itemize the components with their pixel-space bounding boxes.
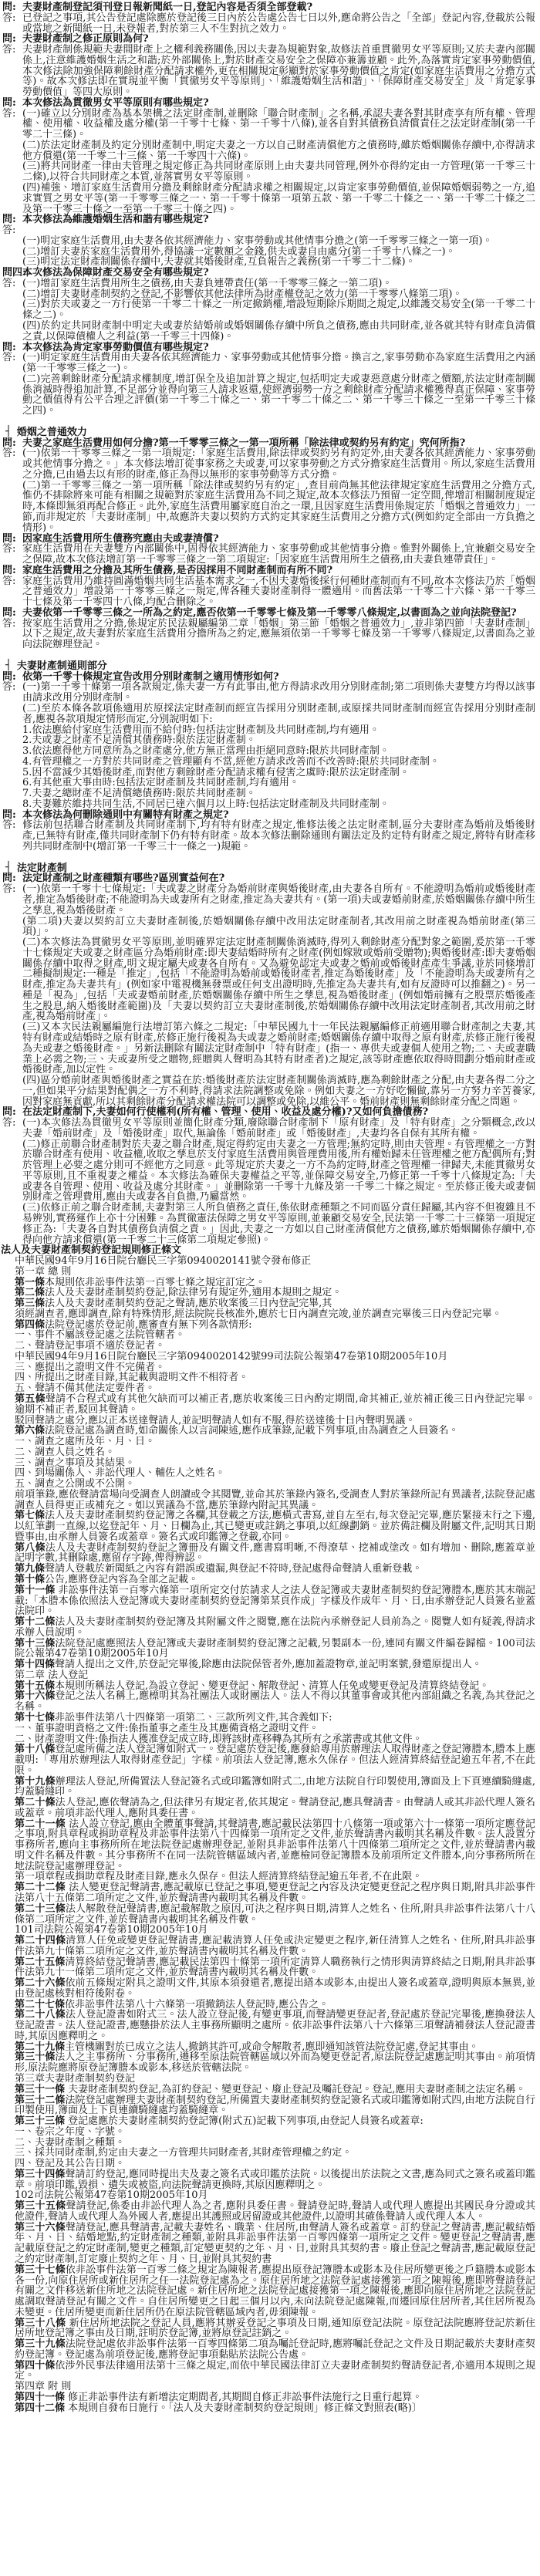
regulation-text: 二、調查人員之姓名。 <box>15 1447 115 1458</box>
answer-paragraph: (二)於法定財產制及約定分別財產制中,明定夫妻之一方以自己財產清償他方之債務時,… <box>22 140 535 162</box>
section-title: 夫妻財產制通則部分 <box>17 660 107 672</box>
question-label: 問: <box>2 98 16 109</box>
regulation-text: 第一章 總 則 <box>15 1266 71 1278</box>
regulation-text: 法人及夫妻財產制契約登記之簿冊及有關文件,應書寫明晰,不得潦草、挖補或塗改。如有… <box>15 1542 535 1565</box>
question-text: 家庭生活費用之分擔及其所生債務,是否因採用不同財產制而有所不同? <box>22 565 332 576</box>
regulation-paragraph: 五、聲請不備其他法定要件者。 <box>15 1383 535 1394</box>
regulation-paragraph: 第十一條 非訟事件法第一百零六條第一項所定交付於請求人之法人登記簿或夫妻財產制契… <box>15 1585 535 1617</box>
question-block: 問:夫妻依第一千零零三條之一所為之約定,應否依第一千零零七條及第一千零零八條規定… <box>0 608 535 619</box>
regulation-text: 非訟事件法第八十四條第一項第二、三款所列文件,其含義如下: <box>55 1712 332 1724</box>
answer-block: 答:(一)增訂家庭生活費用所生之債務,由夫妻負連帶責任(第一千零零三條之一第二項… <box>0 279 535 343</box>
regulation-text: 四、登記及其公告日期。 <box>15 2158 125 2169</box>
question-label: 問: <box>2 438 16 449</box>
regulation-text: 清算人任免或變更登記聲請書,應記載清算人任免或決定變更之程序,新任清算人之姓名、… <box>15 1935 535 1957</box>
regulation-text: 依非訟事件法第一百零二條之規定為陳報者,應提出原登記簿謄本或影本及住居所變更後之… <box>15 2264 535 2318</box>
question-label: 問: <box>2 608 16 619</box>
answer-label: 答: <box>2 884 15 895</box>
answer-paragraph: 7.夫妻之總財產不足清償總債務時:限於共同財產制。 <box>22 788 535 799</box>
article-number: 第三十七條 <box>15 2264 66 2276</box>
answer-label: 答: <box>2 13 15 24</box>
article-number: 第二十三條 <box>15 1903 66 1915</box>
article-number: 第三十九條 <box>15 2338 66 2350</box>
regulation-paragraph: 第四章 附 則 <box>15 2382 535 2392</box>
answer-paragraph: 按家庭生活費用之分擔,係規定於民法親屬編第二章「婚姻」第三節「婚姻之普通效力」,… <box>22 619 535 650</box>
question-label: 問: <box>2 873 16 884</box>
answer-paragraph: (四)區分婚前財產與婚後財產之實益在於:婚後財產於法定財產制關係消滅時,應為剩餘… <box>22 1075 535 1107</box>
answer-label: 答: <box>2 820 15 831</box>
answer-paragraph: 4.有管理權之一方對於共同財產之管理顯有不當,經他方請求改善而不改善時:限於共同… <box>22 757 535 768</box>
section-header: ┤夫妻財產制通則部分 <box>5 661 535 672</box>
regulation-paragraph: 第一章 總 則 <box>15 1267 535 1278</box>
regulation-text: 聲請登記,應具聲請書,記載夫妻姓名、職業、住居所,由聲請人簽名或蓋章。訂約登記之… <box>15 2222 535 2265</box>
regulation-paragraph: 第二十五條清算終結登記聲請書,應記載民法第四十條第一項所定清算人職務執行之情形與… <box>15 1957 535 1979</box>
answer-paragraph: (一)明定家庭生活費用由夫妻各依其經濟能力、家事勞動或其他情事分擔。換言之,家事… <box>22 353 535 374</box>
regulation-paragraph: 第七條法人及夫妻財產制契約登記簿之各欄,其登載之方法,應橫式書寫,並自左至右,每… <box>15 1511 535 1542</box>
article-number: 第十六條 <box>15 1690 55 1702</box>
answer-label: 答: <box>2 448 15 459</box>
answer-paragraph: 3.依法應得他方同意所為之財產處分,他方無正當理由拒絕同意時:限於共同財產制。 <box>22 746 535 757</box>
question-block: 問四:本次修法為保障財產交易安全有哪些規定? <box>0 268 535 279</box>
answer-block: 答:(一)確立以分別財產為基本架構之法定財產制,並刪除「聯合財產制」之名稱,承認… <box>0 109 535 215</box>
regulation-text: 清算終結登記聲請書,應記載民法第四十條第一項所定清算人職務執行之情形與清算終結之… <box>15 1956 535 1979</box>
answer-paragraph: (一)明定家庭生活費用,由夫妻各依其經濟能力、家事勞動或其他情事分擔之(第一千零… <box>22 236 535 247</box>
question-text: 夫妻依第一千零零三條之一所為之約定,應否依第一千零零七條及第一千零零八條規定,以… <box>22 607 517 619</box>
answer-label: 答: <box>2 619 15 630</box>
question-block: 問:本次修法為維護婚姻生活和諧有哪些規定? <box>0 214 535 225</box>
answer-paragraph: (二)至於本條各款項係適用於原採法定財產制而經宣告採用分別財產制,或原採共同財產… <box>22 704 535 725</box>
section-marker-icon: ┤ <box>5 427 12 437</box>
regulation-text: 法人之主事務所、分事務所,遷移至原法院管轄區域以外而為變更登記者,原法院登記處應… <box>15 2051 535 2074</box>
question-label: 問: <box>2 534 16 545</box>
answer-block: 答:(一)依第一千零零三條之一第一項規定:「家庭生活費用,除法律或契約另有約定外… <box>0 448 535 533</box>
article-number: 第十二條 <box>15 1616 55 1628</box>
regulation-text: 中華民國94年9月16日院台廳民三字第0940020142號99司法院公報第47… <box>15 1351 447 1362</box>
article-number: 第十七條 <box>15 1712 55 1724</box>
regulation-text: 法人及夫妻財產制契約登記簿之各欄,其登載之方法,應橫式書寫,並自左至右,每次登記… <box>15 1510 535 1543</box>
article-number: 第十一條 <box>15 1585 55 1596</box>
answer-block: 答:已登記之事項,其公告登記處除應於登記後三日內於公告處公告七日以外,應命將公告… <box>0 13 535 35</box>
regulation-text: 法院登記處辦理夫妻財產制契約登記,所備置夫妻財產制契約登記簽名式或印鑑簿如附式四… <box>15 2095 535 2117</box>
regulation-text: 聲請訂約登記,應同時提出夫及妻之簽名式或印鑑於法院。以後提出於法院之文書,應為同… <box>15 2169 535 2191</box>
answer-label: 答: <box>2 544 15 555</box>
answer-paragraph: 已登記之事項,其公告登記處除應於登記後三日內於公告處公告七日以外,應命將公告之「… <box>22 13 535 35</box>
regulation-text: 法人及夫妻財產制契約登記之聲請,應於收案後三日內登記完畢,其 <box>45 1298 332 1309</box>
answer-label: 答: <box>2 353 15 363</box>
article-number: 第二十四條 <box>15 1935 66 1946</box>
question-label: 問四: <box>2 268 26 279</box>
answer-block: 答: (一)明定家庭生活費用,由夫妻各依其經濟能力、家事勞動或其他情事分擔之(第… <box>0 225 535 268</box>
regulation-text: 依涉外民事法律適用法第十三條之規定,而依中華民國法律訂立夫妻財產制契約聲請登記者… <box>15 2360 535 2382</box>
answer-paragraph: (一)依第一千零十七條規定:「夫或妻之財產分為婚前財產與婚後財產,由夫妻各自所有… <box>22 884 535 916</box>
regulation-paragraph: 第三十六條聲請登記,應具聲請書,記載夫妻姓名、職業、住居所,由聲請人簽名或蓋章。… <box>15 2223 535 2265</box>
regulation-paragraph: 五、調查之公開或不公開。 <box>15 1479 535 1490</box>
article-number: 第十四條 <box>15 1659 55 1670</box>
regulation-text: 法人及夫妻財產制契約登記簿及其附屬文件之閱覽,應在法院內承辦登記人員前為之。閱覽… <box>15 1616 535 1639</box>
regulation-text: 法院登記處依非訟事件法第一百零四條第二項為囑託登記時,應將囑託登記之文件及日期記… <box>15 2338 535 2361</box>
regulation-text: 聲請人登載於新聞紙之內容有錯誤或遺漏,與登記不符時,登記處得命聲請人重新登載。 <box>45 1563 422 1575</box>
regulation-paragraph: 一、調查之處所及年、月、日。 <box>15 1437 535 1447</box>
answer-block: 答:(一)本次修法為貫徹男女平等原則並簡化財產分類,廢除聯合財產制下「原有財產」… <box>0 1118 535 1245</box>
question-label: 問: <box>2 34 16 45</box>
answer-block: 答:家庭生活費用乃維持圓滿婚姻共同生活基本需求之一,不因夫妻婚後採行何種財產制而… <box>0 576 535 608</box>
section-marker-icon: ┤ <box>5 863 12 873</box>
answer-label: 答: <box>2 109 15 120</box>
article-number: 第五條 <box>15 1393 46 1405</box>
regulation-text: 中華民國94年9月16日院台廳民三字第0940020141號令發布修正 <box>15 1255 311 1267</box>
answer-label: 答: <box>2 576 15 587</box>
regulation-paragraph: 第十條公告,應將登記內容為全部之記載。 <box>15 1575 535 1585</box>
section-header: ┤婚姻之普通效力 <box>5 427 535 438</box>
question-label: 問: <box>2 214 16 225</box>
question-label: 問: <box>2 566 16 576</box>
answer-paragraph: (二)修正前聯合財產制對於夫妻之聯合財產,規定得約定由夫妻之一方管理;無約定時,… <box>22 1139 535 1204</box>
regulation-text: 前項筆錄,應依聲請當場向受調查人朗讀或令其閱覽,並命其於筆錄內簽名,受調查人對於… <box>15 1489 535 1511</box>
question-block: 問:本次修法為貫徹男女平等原則有哪些規定? <box>0 98 535 109</box>
regulation-paragraph: 第三十四條聲請訂約登記,應同時提出夫及妻之簽名式或印鑑於法院。以後提出於法院之文… <box>15 2169 535 2191</box>
answer-label: 答: <box>2 1118 15 1129</box>
regulation-text: 聲請人提出之文件,於登記完畢後,除應由法院保管者外,應加蓋證物章,並記明案號,發… <box>55 1659 482 1670</box>
regulation-text: 第四章 附 則 <box>15 2381 71 2392</box>
article-number: 第三十四條 <box>15 2169 65 2180</box>
regulation-paragraph: 四、登記及其公告日期。 <box>15 2159 535 2169</box>
regulation-paragraph: 第十六條登記之法人名稱上,應標明其為社團法人或財團法人。法人不得以其董事會或其他… <box>15 1691 535 1713</box>
answer-paragraph: (一)依第一千零零三條之一第一項規定:「家庭生活費用,除法律或契約另有約定外,由… <box>22 448 535 480</box>
question-block: 問:夫妻財產制登記須刊登日報新聞紙一日,登記內容是否須全部登載? <box>0 2 535 13</box>
regulation-paragraph: 第二十一條 法人設立登記,應由全體董事聲請,其聲請書,應記載民法第四十八條第一項… <box>15 1819 535 1872</box>
regulation-paragraph: 中華民國94年9月16日院台廳民三字第0940020142號99司法院公報第47… <box>15 1352 535 1362</box>
answer-paragraph: (二)完善剩餘財產分配請求權制度,增訂保全及追加計算之規定,包括明定夫或妻惡意處… <box>22 374 535 417</box>
question-text: 夫妻財產制登記須刊登日報新聞紙一日,登記內容是否須全部登載? <box>22 2 312 13</box>
question-text: 本次修法為保障財產交易安全有哪些規定? <box>22 267 209 279</box>
regulation-text: 聲請登記,係委由非訟代理人為之者,應附具委任書。聲請登記時,聲請人或代理人應提出… <box>15 2200 535 2223</box>
regulation-paragraph: 第三十五條聲請登記,係委由非訟代理人為之者,應附具委任書。聲請登記時,聲請人或代… <box>15 2201 535 2223</box>
legal-document: 問:夫妻財產制登記須刊登日報新聞紙一日,登記內容是否須全部登載?答:已登記之事項… <box>0 0 540 2423</box>
question-text: 本次修法為貫徹男女平等原則有哪些規定? <box>22 97 209 109</box>
answer-block: 答:(一)依第一千零十七條規定:「夫或妻之財產分為婚前財產與婚後財產,由夫妻各自… <box>0 884 535 1107</box>
section-title: 婚姻之普通效力 <box>17 427 87 438</box>
regulation-text: 五、調查之公開或不公開。 <box>15 1478 135 1490</box>
regulation-paragraph: 一、卷宗之年度、字號。 <box>15 2127 535 2138</box>
regulation-paragraph: 第二十三條法人解散登記聲請書,應記載解散之原因,可決之程序與日期,清算人之姓名、… <box>15 1904 535 1926</box>
regulation-text: 第三章夫妻財產制契約登記 <box>15 2073 135 2085</box>
regulation-text: 五、聲請不備其他法定要件者。 <box>15 1383 155 1394</box>
answer-block: 答:按家庭生活費用之分擔,係規定於民法親屬編第二章「婚姻」第三節「婚姻之普通效力… <box>0 619 535 650</box>
regulation-paragraph: 第十九條辦理法人登記,所備置法人登記簽名式或印鑑簿如附式二,由地方法院自行印製使… <box>15 1777 535 1798</box>
regulation-paragraph: 第三章夫妻財產制契約登記 <box>15 2074 535 2085</box>
answer-paragraph: (一)確立以分別財產為基本架構之法定財產制,並刪除「聯合財產制」之名稱,承認夫妻… <box>22 109 535 140</box>
regulation-paragraph: 101司法院公報第47卷第10期2005年10月 <box>15 1925 535 1936</box>
regulation-paragraph: 第三十二條法院登記處辦理夫妻財產制契約登記,所備置夫妻財產制契約登記簽名式或印鑑… <box>15 2095 535 2117</box>
article-number: 第十條 <box>15 1574 45 1585</box>
regulation-text: 法人變更登記聲請書,應記載原已登記之事項,變更登記之內容及決定變更登記之程序與日… <box>15 1882 535 1904</box>
answer-block: 答:(一)第一千零十條第一項各款規定,係夫妻一方有此事由,他方得請求改用分別財產… <box>0 682 535 809</box>
regulation-paragraph: 第三十條法人之主事務所、分事務所,遷移至原法院管轄區域以外而為變更登記者,原法院… <box>15 2052 535 2074</box>
regulation-paragraph: 第二十二條 法人變更登記聲請書,應記載原已登記之事項,變更登記之內容及決定變更登… <box>15 1882 535 1904</box>
regulation-text: 一、董事證明資格之文件:係指董事之產生及其應備資格之證明文件。 <box>15 1723 319 1734</box>
article-number: 第四十一條 <box>15 2392 65 2403</box>
question-label: 問: <box>2 672 16 683</box>
regulation-paragraph: 第三十三條 登記處應於夫妻財產制契約登記簿(附式五)記載下列事項,由登記人員簽名… <box>15 2116 535 2127</box>
answer-paragraph <box>22 225 535 236</box>
answer-label: 答: <box>2 225 15 236</box>
question-block: 問:夫妻財產制之修正原則為何? <box>0 34 535 45</box>
question-label: 問: <box>2 2 16 13</box>
article-number: 第二十六條 <box>15 1977 65 1989</box>
answer-paragraph: (第二項)夫妻以契約訂立夫妻財產制後,於婚姻關係存續中改用法定財產制者,其改用前… <box>22 917 535 938</box>
answer-paragraph: 家庭生活費用在夫妻雙方內部關係中,固得依其經濟能力、家事勞動或其他情事分擔。惟對… <box>22 544 535 566</box>
regulation-paragraph: 一、董事證明資格之文件:係指董事之產生及其應備資格之證明文件。 <box>15 1724 535 1734</box>
answer-paragraph: (三)對於夫或妻之一方行使第一千零二十條之一所定撤銷權,增設短期除斥期間之規定,… <box>22 299 535 321</box>
answer-paragraph: (四)於約定共同財產制中明定夫或妻於結婚前或婚姻關係存續中所負之債務,應由共同財… <box>22 321 535 343</box>
answer-paragraph: (二)第一千零零三條之一第一項所稱「除法律或契約另有約定」,查目前尚無其他法律規… <box>22 481 535 534</box>
answer-block: 答:家庭生活費用在夫妻雙方內部關係中,固得依其經濟能力、家事勞動或其他情事分擔。… <box>0 544 535 566</box>
answer-paragraph: (三)將共同財產一律由夫管理之規定修正為共同財產原則上由夫妻共同管理,例外亦得約… <box>22 161 535 183</box>
regulation-paragraph: 中華民國94年9月16日院台廳民三字第0940020141號令發布修正 <box>15 1256 535 1267</box>
regulation-paragraph: 第三條法人及夫妻財產制契約登記之聲請,應於收案後三日內登記完畢,其 <box>15 1298 535 1309</box>
regulation-text: 二、聲請登記事項不適於登記者。 <box>15 1340 165 1352</box>
answer-label: 答: <box>2 45 15 56</box>
regulation-text: 本規則自發布日施行。「法人及夫妻財產制契約登記規則」修正條文對照表(略)〕 <box>65 2402 422 2414</box>
regulation-text: 非訟事件法第一百零六條第一項所定交付於請求人之法人登記簿或夫妻財產制契約登記簿謄… <box>15 1585 535 1618</box>
regulation-paragraph: 第三十一條 夫妻財產制契約登記,為訂約登記、變更登記、廢止登記及囑託登記。登記,… <box>15 2085 535 2095</box>
answer-paragraph: 家庭生活費用乃維持圓滿婚姻共同生活基本需求之一,不因夫妻婚後採行何種財產制而有不… <box>22 576 535 608</box>
regulation-paragraph: 二、聲請登記事項不適於登記者。 <box>15 1341 535 1352</box>
regulation-text: 法人登記證書如附式三。法人設立登記後,有變更事項,而聲請變更登記者,登記處於登記… <box>15 2009 535 2042</box>
article-number: 第三十一條 <box>15 2084 65 2095</box>
regulation-text: 登記處應於夫妻財產制契約登記簿(附式五)記載下列事項,由登記人員簽名或蓋章: <box>65 2115 424 2127</box>
regulation-paragraph: 第四十一條 修正非訟事件法有新增法定期間者,其期間自修正非訟事件法施行之日重行起… <box>15 2392 535 2403</box>
article-number: 第四十二條 <box>15 2402 65 2414</box>
regulation-paragraph: 第三十七條依非訟事件法第一百零二條之規定為陳報者,應提出原登記簿謄本或影本及住居… <box>15 2265 535 2318</box>
regulation-paragraph: 第六條法院登記處為調查時,如命關係人以言詞陳述,應作成筆錄,記載下列事項,由為調… <box>15 1426 535 1437</box>
regulation-paragraph: 第四十條依涉外民事法律適用法第十三條之規定,而依中華民國法律訂立夫妻財產制契約聲… <box>15 2361 535 2382</box>
regulation-text: 新住居所地法院之登記人員,應將其辦妥登記之事項及日期,通知原登記法院。原登記法院… <box>15 2318 535 2340</box>
regulation-paragraph: 第九條聲請人登載於新聞紙之內容有錯誤或遺漏,與登記不符時,登記處得命聲請人重新登… <box>15 1564 535 1575</box>
regulation-text: 聲請不合程式或有其他欠缺而可以補正者,應於收案後三日內酌定期間,命其補正,並於補… <box>15 1393 535 1416</box>
answer-block: 答:夫妻財產制係規範夫妻間財產上之權利義務關係,因以夫妻為規範對象,故修法首重貫… <box>0 45 535 98</box>
regulation-paragraph: 第三十九條法院登記處依非訟事件法第一百零四條第二項為囑託登記時,應將囑託登記之文… <box>15 2339 535 2361</box>
answer-paragraph: (四)補強、增訂家庭生活費用分擔及剩餘財產分配請求權之相關規定,以肯定家事勞動價… <box>22 183 535 214</box>
regulation-paragraph: 第十四條聲請人提出之文件,於登記完畢後,除應由法院保管者外,應加蓋證物章,並記明… <box>15 1659 535 1670</box>
regulation-paragraph: 第十八條登記處所備之法人登記簿如附式一。登記處於登記後,應發給專用於辦理法人取得… <box>15 1744 535 1776</box>
regulation-text: 公告,應將登記內容為全部之記載。 <box>45 1574 198 1585</box>
regulation-text: 夫妻財產制契約登記,為訂約登記、變更登記、廢止登記及囑託登記。登記,應用夫妻財產… <box>65 2084 525 2095</box>
answer-label: 答: <box>2 682 15 693</box>
article-number: 第二十二條 <box>15 1882 66 1893</box>
section-marker-icon: ┤ <box>5 660 12 671</box>
regulation-text: 須經調查者,應即調查,除有特殊情形,經法院院長核准外,應於七日內調查完竣,並於調… <box>15 1308 502 1320</box>
question-label: 問: <box>2 810 16 821</box>
answer-paragraph: (二)本次修法為貫徹男女平等原則,並明確界定法定財產制關係消滅時,得列入剩餘財產… <box>22 937 535 1022</box>
question-label: 問: <box>2 1107 16 1118</box>
regulation-paragraph: 第十三條法院登記處應照法人登記簿或夫妻財產制契約登記簿之記載,另製副本一份,連同… <box>15 1639 535 1660</box>
regulation-text: 第二章 法人登記 <box>15 1670 88 1681</box>
answer-paragraph: 2.夫或妻之財產不足清償其債務時:限於法定財產制。 <box>22 735 535 746</box>
regulation-paragraph: 第四十二條 本規則自發布日施行。「法人及夫妻財產制契約登記規則」修正條文對照表(… <box>15 2403 535 2414</box>
regulation-paragraph: 第十二條法人及夫妻財產制契約登記簿及其附屬文件之閱覽,應在法院內承辦登記人員前為… <box>15 1617 535 1639</box>
regulation-paragraph: 第三十八條 新住居所地法院之登記人員,應將其辦妥登記之事項及日期,通知原登記法院… <box>15 2318 535 2340</box>
regulation-text: 一、卷宗之年度、字號。 <box>15 2126 125 2138</box>
article-number: 第二十條 <box>15 1797 56 1808</box>
regulation-text: 依前五條規定附具之證明文件,其原本須發還者,應提出繕本或影本,由提出人簽名或蓋章… <box>15 1977 535 2000</box>
regulation-paragraph: 第二十四條清算人任免或變更登記聲請書,應記載清算人任免或決定變更之程序,新任清算… <box>15 1936 535 1957</box>
regulation-paragraph: 第二十六條依前五條規定附具之證明文件,其原本須發還者,應提出繕本或影本,由提出人… <box>15 1978 535 2000</box>
regulation-paragraph: 二、調查人員之姓名。 <box>15 1447 535 1458</box>
regulation-paragraph: 第八條法人及夫妻財產制契約登記之簿冊及有關文件,應書寫明晰,不得潦草、挖補或塗改… <box>15 1543 535 1565</box>
answer-block: 答:(一)明定家庭生活費用由夫妻各依其經濟能力、家事勞動或其他情事分擔。換言之,… <box>0 353 535 417</box>
regulation-text: 登記之法人名稱上,應標明其為社團法人或財團法人。法人不得以其董事會或其他內部組織… <box>15 1690 535 1713</box>
answer-paragraph: (一)第一千零十條第一項各款規定,係夫妻一方有此事由,他方得請求改用分別財產制;… <box>22 682 535 704</box>
regulation-paragraph: 第二十條法人登記,應依聲請為之,但法律另有規定者,依其規定。聲請登記,應具聲請書… <box>15 1798 535 1819</box>
regulation-text: 一、調查之處所及年、月、日。 <box>15 1436 155 1447</box>
article-number: 第三十三條 <box>15 2115 65 2127</box>
article-number: 第四十條 <box>15 2360 55 2372</box>
article-number: 第三十五條 <box>15 2200 66 2212</box>
regulation-paragraph: 須經調查者,應即調查,除有特殊情形,經法院院長核准外,應於七日內調查完竣,並於調… <box>15 1309 535 1320</box>
regulation-paragraph: 第五條聲請不合程式或有其他欠缺而可以補正者,應於收案後三日內酌定期間,命其補正,… <box>15 1394 535 1416</box>
regulation-title: 法人及夫妻財產制契約登記規則修正條文 <box>1 1245 535 1256</box>
regulation-paragraph: 前項筆錄,應依聲請當場向受調查人朗讀或令其閱覽,並命其於筆錄內簽名,受調查人對於… <box>15 1490 535 1511</box>
regulation-text: 法人設立登記,應由全體董事聲請,其聲請書,應記載民法第四十八條第一項或第六十一條… <box>15 1818 535 1872</box>
answer-paragraph: 夫妻財產制係規範夫妻間財產上之權利義務關係,因以夫妻為規範對象,故修法首重貫徹男… <box>22 45 535 98</box>
question-block: 問:家庭生活費用之分擔及其所生債務,是否因採用不同財產制而有所不同? <box>0 566 535 576</box>
answer-paragraph: (三)依修正前之聯合財產制,夫妻對第三人所負債務之責任,係依財產種類之不同而區分… <box>22 1203 535 1245</box>
regulation-text: 辦理法人登記,所備置法人登記簽名式或印鑑簿如附式二,由地方法院自行印製使用,簿面… <box>15 1776 535 1798</box>
answer-block: 答:修法前包括聯合財產制及共同財產制下,均有特有財產之規定,惟修法後之法定財產制… <box>0 820 535 852</box>
regulation-text: 登記處所備之法人登記簿如附式一。登記處於登記後,應發給專用於辦理法人取得財產之登… <box>15 1744 535 1777</box>
answer-paragraph: (一)本次修法為貫徹男女平等原則並簡化財產分類,廢除聯合財產制下「原有財產」及「… <box>22 1118 535 1139</box>
answer-paragraph: 修法前包括聯合財產制及共同財產制下,均有特有財產之規定,惟修法後之法定財產制,區… <box>22 820 535 852</box>
question-label: 問: <box>2 343 16 353</box>
regulation-text: 法人解散登記聲請書,應記載解散之原因,可決之程序與日期,清算人之姓名、住所,附具… <box>15 1903 535 1926</box>
answer-label: 答: <box>2 279 15 289</box>
regulation-text: 法人登記,應依聲請為之,但法律另有規定者,依其規定。聲請登記,應具聲請書。由聲請… <box>15 1797 535 1819</box>
article-number: 第三條 <box>15 1298 45 1309</box>
regulation-paragraph: 第二章 法人登記 <box>15 1670 535 1681</box>
regulation-text: 法院登記處應照法人登記簿或夫妻財產制契約登記簿之記載,另製副本一份,連同有關文件… <box>15 1638 535 1660</box>
regulation-text: 修正非訟事件法有新增法定期間者,其期間自修正非訟事件法施行之日重行起算。 <box>65 2392 422 2403</box>
regulation-paragraph: 第十七條非訟事件法第八十四條第一項第二、三款所列文件,其含義如下: <box>15 1713 535 1724</box>
question-text: 本次修法為維護婚姻生活和諧有哪些規定? <box>22 214 209 225</box>
article-number: 第九條 <box>15 1563 45 1575</box>
answer-paragraph: 8.夫妻難於維持共同生活,不同居已達六個月以上時:包括法定財產制及共同財產制。 <box>22 799 535 810</box>
regulation-paragraph: 第二十八條法人登記證書如附式三。法人設立登記後,有變更事項,而聲請變更登記者,登… <box>15 2010 535 2041</box>
answer-paragraph: (一)增訂家庭生活費用所生之債務,由夫妻負連帶責任(第一千零零三條之一第二項)。 <box>22 279 535 289</box>
answer-paragraph: (三)又本次民法親屬編施行法增訂第六條之二規定:「中華民國九十一年民法親屬編修正… <box>22 1022 535 1075</box>
